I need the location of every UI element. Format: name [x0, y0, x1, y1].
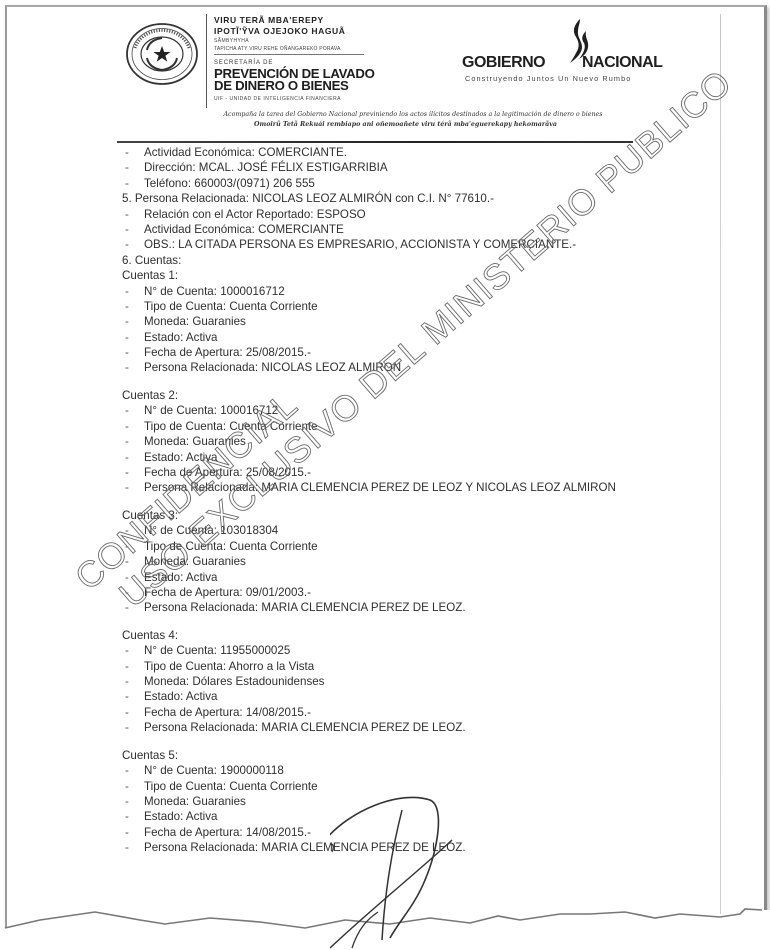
gobierno-nacional-logo: GOBIERNO NACIONAL Construyendo Juntos Un…: [462, 17, 682, 82]
header-divider-vertical: [206, 14, 207, 108]
account-field-apertura: -Fecha de Apertura: 14/08/2015.-: [122, 705, 722, 720]
secretaria-name-2: DE DINERO O BIENES: [214, 80, 375, 92]
account-field-tipo: -Tipo de Cuenta: Cuenta Corriente: [122, 419, 722, 434]
account-field-estado: -Estado: Activa: [122, 450, 722, 465]
field-line: -Dirección: MCAL. JOSÉ FÉLIX ESTIGARRIBI…: [122, 160, 722, 175]
account-field-estado: -Estado: Activa: [122, 689, 722, 704]
account-field-numero: -N° de Cuenta: 103018304: [122, 523, 722, 538]
account-field-persona: -Persona Relacionada: MARIA CLEMENCIA PE…: [122, 840, 722, 855]
account-field-persona: -Persona Relacionada: MARIA CLEMENCIA PE…: [122, 480, 722, 495]
guarani-title-2: IPOTĨ'ỸVA OJEJOKO HAGUÃ: [214, 26, 375, 37]
account-field-numero: -N° de Cuenta: 11955000025: [122, 643, 722, 658]
account-field-tipo: -Tipo de Cuenta: Cuenta Corriente: [122, 539, 722, 554]
section-gap: [122, 496, 722, 508]
ministry-line: TAPICHA ATY VIRU REHE OÑANGAREKO PORAVA: [214, 45, 364, 55]
guarani-title-1: VIRU TERÃ MBA'EREPY: [214, 15, 375, 26]
section-gap: [122, 376, 722, 388]
account-field-moneda: -Moneda: Guaranies: [122, 314, 722, 329]
account-field-moneda: -Moneda: Guaranies: [122, 794, 722, 809]
account-title: Cuentas 5:: [122, 748, 722, 763]
accounts-list: Cuentas 1:-N° de Cuenta: 1000016712-Tipo…: [122, 268, 722, 855]
gobierno-tagline: Construyendo Juntos Un Nuevo Rumbo: [465, 74, 631, 83]
account-field-moneda: -Moneda: Guaranies: [122, 554, 722, 569]
field-line: -Actividad Económica: COMERCIANTE.: [122, 145, 722, 160]
account-block: Cuentas 2:-N° de Cuenta: 100016712-Tipo …: [122, 388, 722, 496]
account-title: Cuentas 3:: [122, 508, 722, 523]
motto-spanish: Acompaña la tarea del Gobierno Nacional …: [7, 111, 764, 118]
account-field-numero: -N° de Cuenta: 100016712: [122, 403, 722, 418]
account-field-persona: -Persona Relacionada: MARIA CLEMENCIA PE…: [122, 600, 722, 615]
field-line: -Actividad Económica: COMERCIANTE: [122, 222, 722, 237]
account-block: Cuentas 3:-N° de Cuenta: 103018304-Tipo …: [122, 508, 722, 616]
account-title: Cuentas 1:: [122, 268, 722, 283]
gobierno-word: GOBIERNO: [462, 54, 545, 72]
motto-guarani: Omoirũ Tetã Rekuái rembiapo ani oñemoañe…: [7, 121, 764, 128]
account-field-estado: -Estado: Activa: [122, 570, 722, 585]
account-title: Cuentas 4:: [122, 628, 722, 643]
account-field-persona: -Persona Relacionada: NICOLAS LEOZ ALMIR…: [122, 360, 722, 375]
related-person-heading: 5. Persona Relacionada: NICOLAS LEOZ ALM…: [122, 191, 722, 206]
accounts-heading: 6. Cuentas:: [122, 253, 722, 268]
guarani-small: SÃMBYHYHA: [214, 37, 375, 45]
account-field-numero: -N° de Cuenta: 1900000118: [122, 763, 722, 778]
account-field-tipo: -Tipo de Cuenta: Cuenta Corriente: [122, 299, 722, 314]
account-block: Cuentas 4:-N° de Cuenta: 11955000025-Tip…: [122, 628, 722, 736]
account-field-apertura: -Fecha de Apertura: 14/08/2015.-: [122, 825, 722, 840]
secretaria-header: VIRU TERÃ MBA'EREPY IPOTĨ'ỸVA OJEJOKO HA…: [214, 15, 375, 104]
header-divider: [117, 141, 633, 143]
account-field-apertura: -Fecha de Apertura: 25/08/2015.-: [122, 465, 722, 480]
account-field-apertura: -Fecha de Apertura: 25/08/2015.-: [122, 345, 722, 360]
uif-line: UIF - UNIDAD DE INTELIGENCIA FINANCIERA: [214, 94, 375, 104]
account-block: Cuentas 1:-N° de Cuenta: 1000016712-Tipo…: [122, 268, 722, 376]
torn-paper-edge: [0, 890, 770, 950]
field-line: -Relación con el Actor Reportado: ESPOSO: [122, 207, 722, 222]
account-field-apertura: -Fecha de Apertura: 09/01/2003.-: [122, 585, 722, 600]
account-field-tipo: -Tipo de Cuenta: Cuenta Corriente: [122, 779, 722, 794]
section-gap: [122, 736, 722, 748]
account-field-moneda: -Moneda: Dólares Estadounidenses: [122, 674, 722, 689]
nacional-word: NACIONAL: [582, 54, 662, 72]
section-gap: [122, 616, 722, 628]
field-line: -Teléfono: 660003/(0971) 206 555: [122, 176, 722, 191]
account-field-tipo: -Tipo de Cuenta: Ahorro a la Vista: [122, 659, 722, 674]
document-page: VIRU TERÃ MBA'EREPY IPOTĨ'ỸVA OJEJOKO HA…: [5, 5, 767, 942]
account-field-moneda: -Moneda: Guaranies: [122, 434, 722, 449]
account-title: Cuentas 2:: [122, 388, 722, 403]
account-field-persona: -Persona Relacionada: MARIA CLEMENCIA PE…: [122, 720, 722, 735]
report-body: -Actividad Económica: COMERCIANTE. -Dire…: [122, 145, 722, 856]
field-line: -OBS.: LA CITADA PERSONA ES EMPRESARIO, …: [122, 237, 722, 252]
paraguay-seal-icon: [125, 22, 199, 86]
account-block: Cuentas 5:-N° de Cuenta: 1900000118-Tipo…: [122, 748, 722, 856]
account-field-numero: -N° de Cuenta: 1000016712: [122, 284, 722, 299]
account-field-estado: -Estado: Activa: [122, 330, 722, 345]
account-field-estado: -Estado: Activa: [122, 809, 722, 824]
